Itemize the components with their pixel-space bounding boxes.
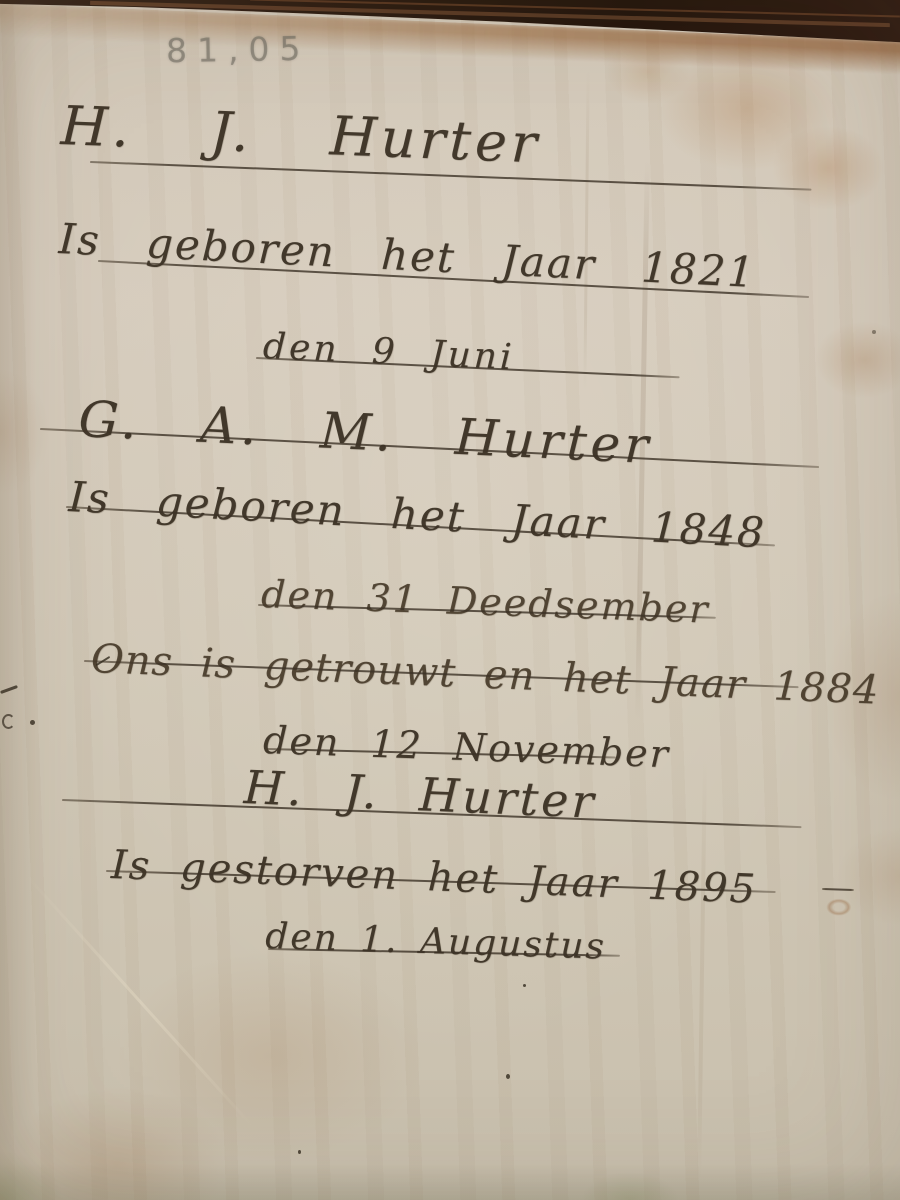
handwritten-line-born-1848: Is geboren het Jaar 1848	[67, 472, 767, 557]
fold-line	[25, 874, 255, 1129]
ink-speck	[30, 720, 35, 725]
ink-underline-dash	[822, 888, 854, 891]
ink-speck	[0, 685, 18, 694]
handwritten-line-date-augustus: den 1. Augustus	[265, 916, 607, 968]
paper-crease	[583, 70, 589, 390]
handwritten-line-date-december: den 31 Deedsember	[260, 572, 710, 632]
handwritten-line-name-2: G. A. M. Hurter	[77, 390, 653, 475]
handwritten-line-date-juni: den 9 Juni	[262, 326, 515, 378]
pencil-inscription: 81,05	[166, 29, 311, 71]
aged-document-photo: 81,05 H. J. Hurter Is geboren het Jaar 1…	[0, 0, 900, 1200]
handwritten-line-died-1895: Is gestorven het Jaar 1895	[110, 842, 758, 913]
ink-speck	[506, 1074, 510, 1079]
ink-speck	[2, 714, 15, 729]
ink-speck	[523, 984, 526, 987]
ink-speck	[298, 1150, 301, 1154]
ink-speck	[872, 330, 876, 334]
handwritten-line-born-1821: Is geboren het Jaar 1821	[58, 214, 758, 297]
